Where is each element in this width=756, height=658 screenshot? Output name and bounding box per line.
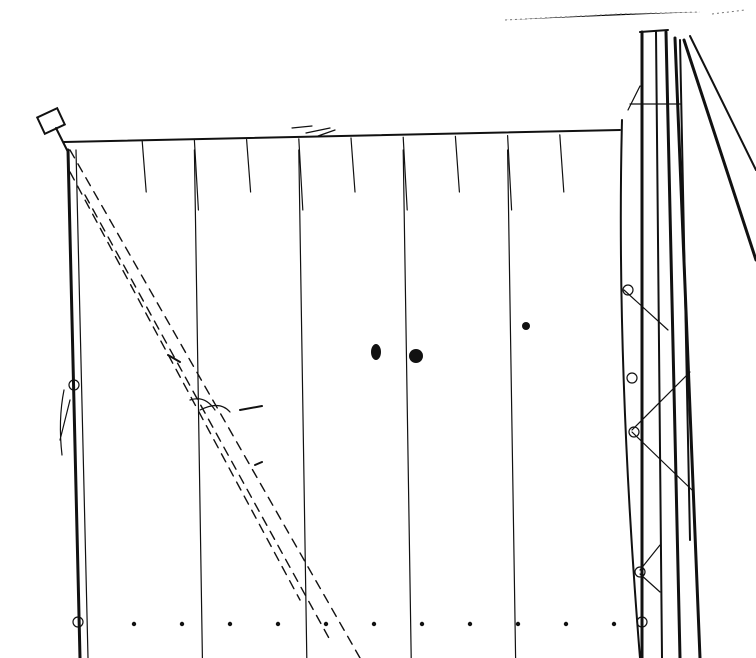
yard-end-cap	[37, 108, 65, 134]
sail-rigging-drawing	[0, 0, 756, 658]
ink-marks	[168, 322, 530, 465]
sail-luff	[60, 150, 88, 658]
mast	[621, 30, 756, 658]
sail-seams	[142, 135, 564, 658]
reef-points	[132, 622, 616, 626]
yard	[37, 108, 620, 152]
diagonal-dashed-lines	[70, 150, 360, 658]
scan-noise	[505, 10, 745, 20]
